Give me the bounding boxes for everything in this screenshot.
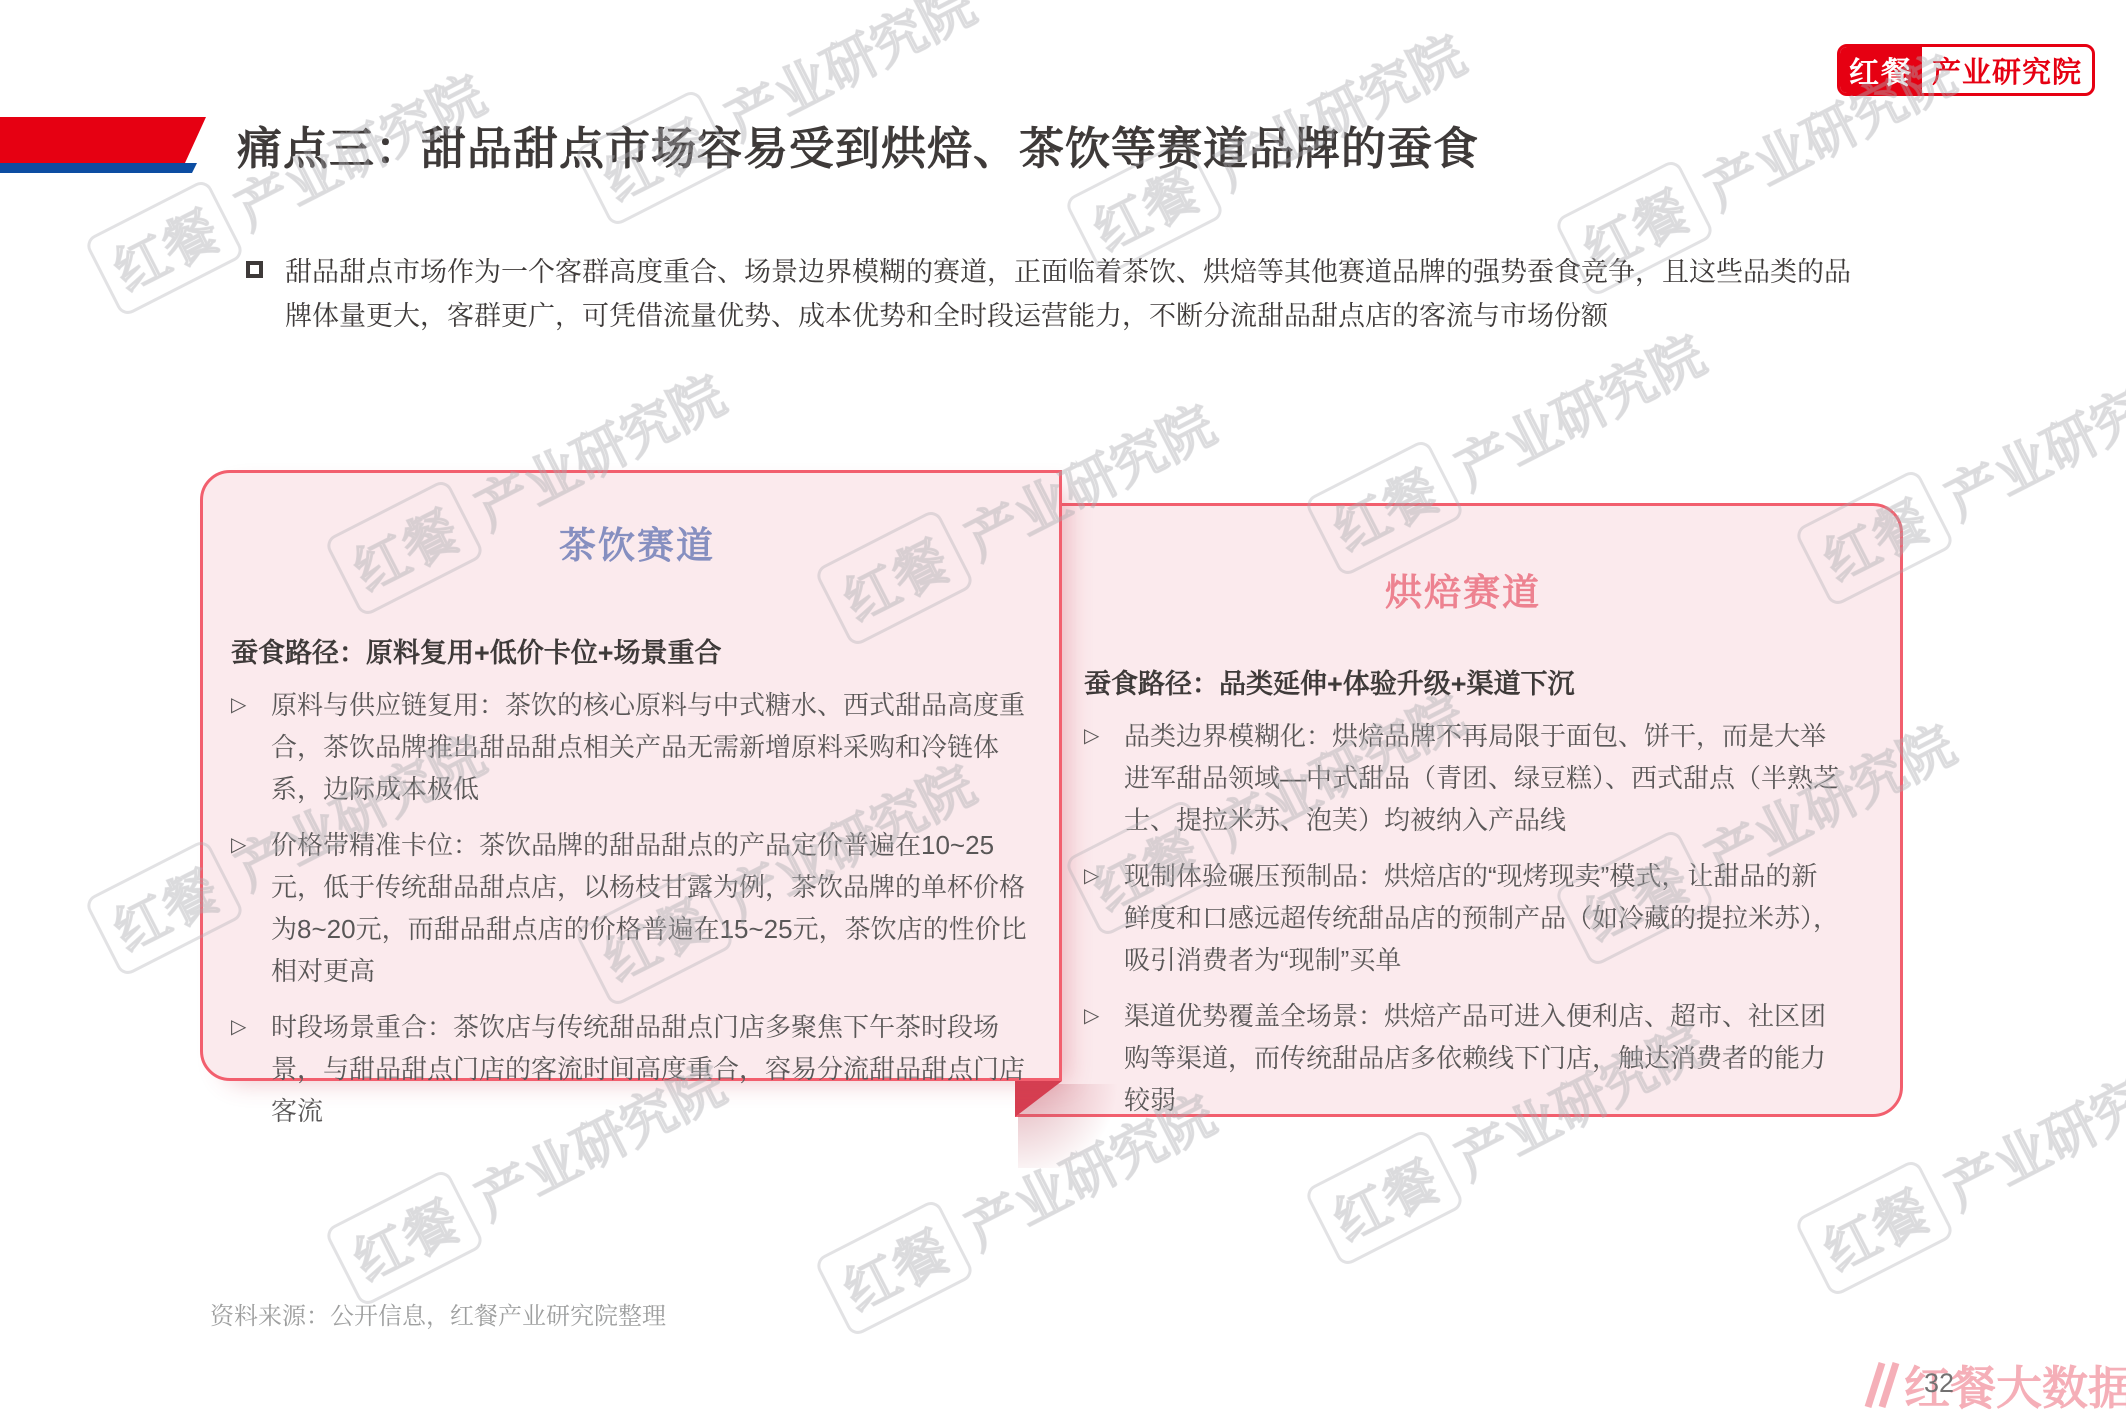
page-number: 32 — [1924, 1368, 1954, 1399]
arrow-bullet-icon: ▷ — [1084, 855, 1110, 981]
arrow-bullet-icon: ▷ — [231, 1006, 257, 1132]
card-bakery-track: 烘焙赛道 蚕食路径：品类延伸+体验升级+渠道下沉 ▷ 品类边界模糊化：烘焙品牌不… — [1015, 503, 1903, 1117]
watermark-division: 产业研究院 — [1937, 355, 2126, 531]
card-title-tea: 茶饮赛道 — [231, 515, 1043, 569]
bullet-item: ▷ 渠道优势覆盖全场景：烘焙产品可进入便利店、超市、社区团购等渠道，而传统甜品店… — [1084, 995, 1842, 1121]
corner-logo-mark — [1858, 1359, 1902, 1411]
watermark-brand: 红餐 — [1303, 1128, 1465, 1268]
page-title: 痛点三：甜品甜点市场容易受到烘焙、茶饮等赛道品牌的蚕食 — [237, 112, 1479, 177]
intro-text: 甜品甜点市场作为一个客群高度重合、场景边界模糊的赛道，正面临着茶饮、烘焙等其他赛… — [285, 250, 1851, 338]
card-tea-track: 茶饮赛道 蚕食路径：原料复用+低价卡位+场景重合 ▷ 原料与供应链复用：茶饮的核… — [200, 470, 1062, 1081]
title-accent-blue-bar — [0, 163, 197, 173]
bullet-item: ▷ 品类边界模糊化：烘焙品牌不再局限于面包、饼干，而是大举进军甜品领域—中式甜品… — [1084, 715, 1842, 841]
bullet-text: 现制体验碾压预制品：烘焙店的“现烤现卖”模式，让甜品的新鲜度和口感远超传统甜品店… — [1124, 855, 1842, 981]
square-bullet-icon — [246, 261, 263, 278]
slide: 痛点三：甜品甜点市场容易受到烘焙、茶饮等赛道品牌的蚕食 红餐 产业研究院 甜品甜… — [0, 0, 2126, 1418]
arrow-bullet-icon: ▷ — [1084, 715, 1110, 841]
watermark-brand: 红餐 — [1793, 1158, 1955, 1298]
arrow-bullet-icon: ▷ — [231, 684, 257, 810]
watermark-brand: 红餐 — [323, 1168, 485, 1308]
bullet-item: ▷ 时段场景重合：茶饮店与传统甜品甜点门店多聚焦下午茶时段场景，与甜品甜点门店的… — [231, 1006, 1043, 1132]
bullet-list-bakery: ▷ 品类边界模糊化：烘焙品牌不再局限于面包、饼干，而是大举进军甜品领域—中式甜品… — [1084, 715, 1842, 1121]
watermark-brand: 红餐 — [813, 1198, 975, 1338]
bullet-item: ▷ 现制体验碾压预制品：烘焙店的“现烤现卖”模式，让甜品的新鲜度和口感远超传统甜… — [1084, 855, 1842, 981]
source-note: 资料来源：公开信息，红餐产业研究院整理 — [210, 1296, 666, 1331]
bullet-text: 时段场景重合：茶饮店与传统甜品甜点门店多聚焦下午茶时段场景，与甜品甜点门店的客流… — [271, 1006, 1043, 1132]
erosion-path-tea: 蚕食路径：原料复用+低价卡位+场景重合 — [231, 631, 1043, 670]
bullet-item: ▷ 价格带精准卡位：茶饮品牌的甜品甜点的产品定价普遍在10~25元，低于传统甜品… — [231, 824, 1043, 992]
bullet-text: 品类边界模糊化：烘焙品牌不再局限于面包、饼干，而是大举进军甜品领域—中式甜品（青… — [1124, 715, 1842, 841]
watermark-division: 产业研究院 — [1447, 325, 1715, 501]
arrow-bullet-icon: ▷ — [231, 824, 257, 992]
title-accent-red-bar — [0, 117, 206, 163]
erosion-path-bakery: 蚕食路径：品类延伸+体验升级+渠道下沉 — [1084, 662, 1842, 701]
corner-watermark: 红餐大数据 — [1858, 1352, 2126, 1418]
bullet-item: ▷ 原料与供应链复用：茶饮的核心原料与中式糖水、西式甜品高度重合，茶饮品牌推出甜… — [231, 684, 1043, 810]
bullet-text: 原料与供应链复用：茶饮的核心原料与中式糖水、西式甜品高度重合，茶饮品牌推出甜品甜… — [271, 684, 1043, 810]
bullet-list-tea: ▷ 原料与供应链复用：茶饮的核心原料与中式糖水、西式甜品高度重合，茶饮品牌推出甜… — [231, 684, 1043, 1132]
watermark-division: 产业研究院 — [1937, 1045, 2126, 1221]
card-title-bakery: 烘焙赛道 — [1084, 562, 1842, 616]
bullet-text: 价格带精准卡位：茶饮品牌的甜品甜点的产品定价普遍在10~25元，低于传统甜品甜点… — [271, 824, 1043, 992]
bullet-text: 渠道优势覆盖全场景：烘焙产品可进入便利店、超市、社区团购等渠道，而传统甜品店多依… — [1124, 995, 1842, 1121]
brand-logo-mark: 红餐 — [1840, 47, 1922, 93]
intro-paragraph: 甜品甜点市场作为一个客群高度重合、场景边界模糊的赛道，正面临着茶饮、烘焙等其他赛… — [246, 250, 1906, 338]
brand-logo-text: 产业研究院 — [1922, 47, 2092, 93]
brand-logo: 红餐 产业研究院 — [1837, 44, 2095, 96]
watermark-brand: 红餐 — [83, 178, 245, 318]
